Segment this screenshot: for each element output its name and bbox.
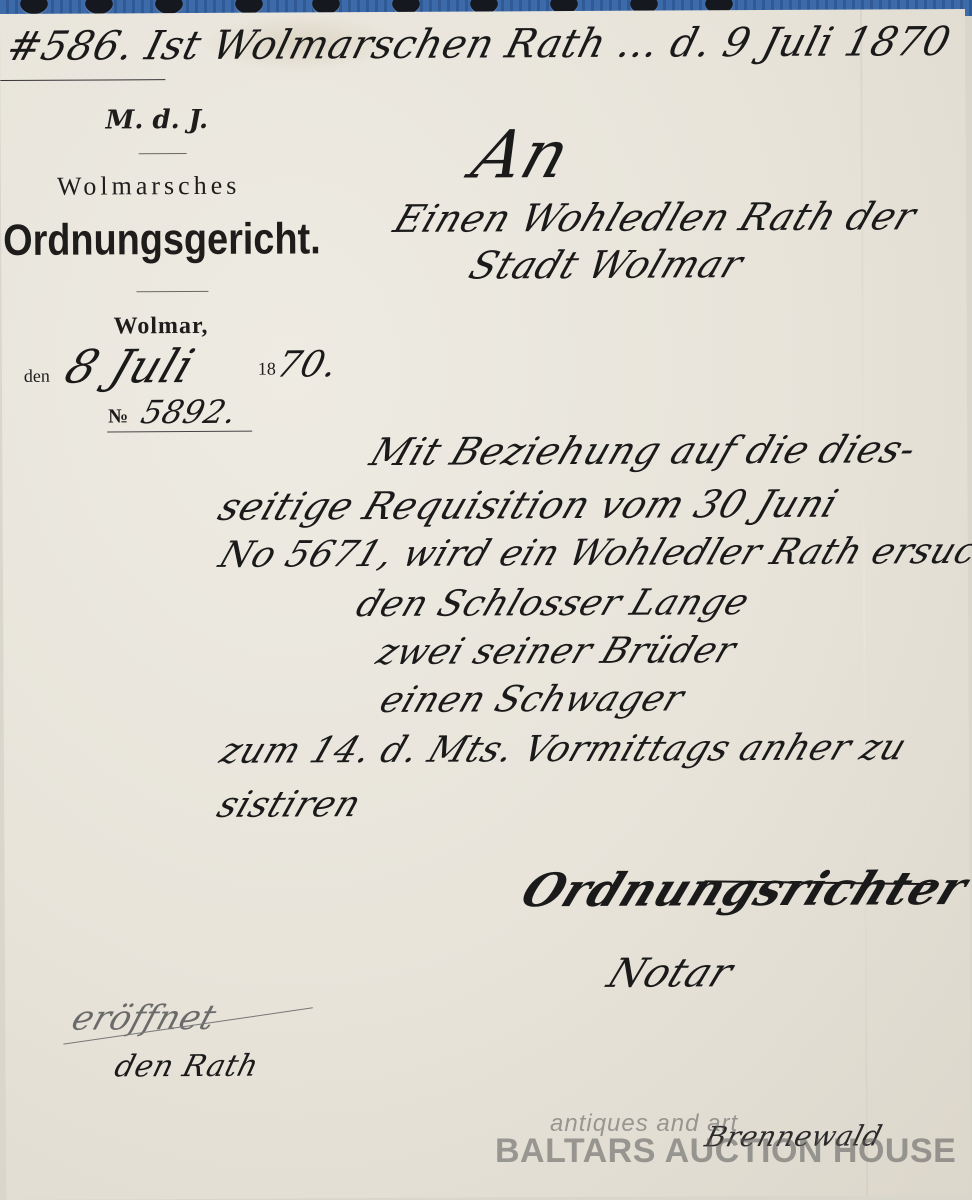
letterhead-divider: [139, 153, 187, 154]
letterhead-place: Wolmar,: [114, 313, 209, 340]
date-prefix: den: [24, 366, 50, 387]
signature-secondary: Notar: [601, 950, 740, 997]
body-line-4: den Schlosser Lange: [351, 582, 755, 625]
letterhead-divider: [136, 291, 208, 292]
number-underline: [107, 431, 252, 433]
annotation-underline: [0, 79, 165, 81]
body-line-7: zum 14. d. Mts. Vormittags anher zu: [215, 727, 913, 772]
date-handwritten: 8 Juli: [58, 339, 202, 394]
letterhead-office-line1: Wolmarsches: [57, 171, 241, 202]
year-handwritten: 70.: [272, 344, 342, 385]
body-line-5: zwei seiner Brüder: [371, 630, 742, 673]
number-value: 5892.: [137, 393, 241, 432]
body-line-1: Mit Beziehung auf die dies-: [364, 427, 922, 474]
watermark-brand: BALTARS AUCTION HOUSE: [495, 1132, 956, 1171]
addressee-salutation: An: [463, 116, 579, 194]
letterhead-monogram: M. d. J.: [105, 105, 208, 136]
number-label: №: [108, 405, 128, 428]
file-annotation: #586. Ist Wolmarschen Rath ... d. 9 Juli…: [2, 19, 955, 70]
document-page: #586. Ist Wolmarschen Rath ... d. 9 Juli…: [0, 9, 971, 1200]
body-line-3: No 5671, wird ein Wohledler Rath ersucht: [213, 531, 972, 576]
year-printed: 18: [258, 359, 276, 380]
body-line-2: seitige Requisition vom 30 Juni: [213, 482, 845, 529]
body-line-8: sistiren: [212, 784, 367, 826]
signature-name: Ordnungsrichter: [514, 861, 972, 917]
letterhead-office-line2: Ordnungsgericht.: [3, 214, 321, 266]
addressee-line1: Einen Wohledlen Rath der: [388, 194, 922, 241]
addressee-line2: Stadt Wolmar: [463, 242, 749, 287]
margin-note-ink: den Rath: [111, 1049, 263, 1085]
paper-fold: [860, 9, 868, 1195]
body-line-6: einen Schwager: [374, 678, 690, 721]
auction-watermark: antiques and art BALTARS AUCTION HOUSE: [495, 1110, 956, 1171]
